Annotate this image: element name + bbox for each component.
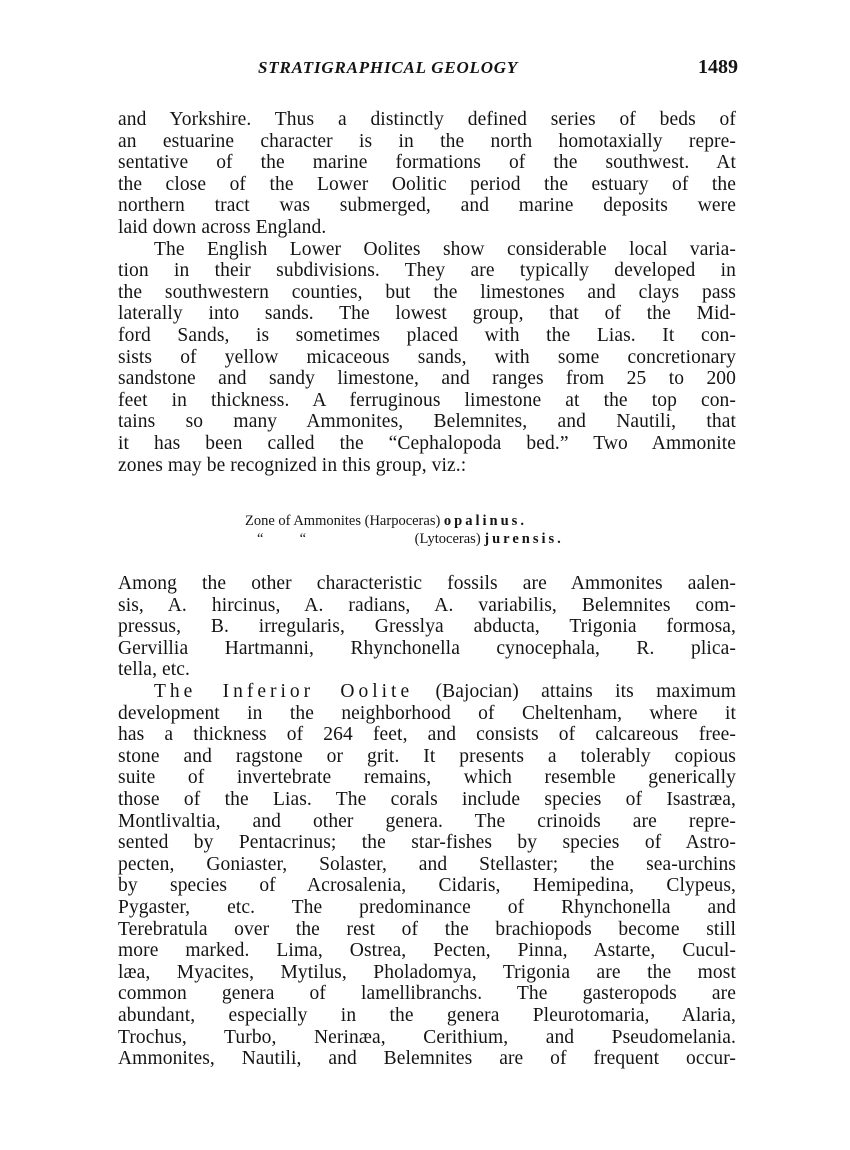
- text-line: læa, Myacites, Mytilus, Pholadomya, Trig…: [118, 962, 736, 984]
- text-line: Montlivaltia, and other genera. The crin…: [118, 811, 736, 833]
- text-line: the southwestern counties, but the limes…: [118, 282, 736, 304]
- text-line: sentative of the marine formations of th…: [118, 152, 736, 174]
- text-line: an estuarine character is in the north h…: [118, 131, 736, 153]
- text-line: has a thickness of 264 feet, and consist…: [118, 724, 736, 746]
- text-line: ford Sands, is sometimes placed with the…: [118, 325, 736, 347]
- paragraph-fossils: Among the other characteristic fossils a…: [118, 573, 736, 681]
- text-fragment: (Bajocian) attains its maximum: [436, 681, 737, 702]
- text-line: pecten, Goniaster, Solaster, and Stellas…: [118, 854, 736, 876]
- text-line: tella, etc.: [118, 659, 736, 681]
- text-line: sented by Pentacrinus; the star-fishes b…: [118, 832, 736, 854]
- ammonite-zones-list: Zone of Ammonites (Harpoceras) opalinus.…: [245, 512, 645, 548]
- running-title: STRATIGRAPHICAL GEOLOGY: [258, 58, 518, 78]
- text-line: those of the Lias. The corals include sp…: [118, 789, 736, 811]
- text-line: Trochus, Turbo, Nerinæa, Cerithium, and …: [118, 1027, 736, 1049]
- zone-row: Zone of Ammonites (Harpoceras) opalinus.: [245, 512, 645, 530]
- text-line: feet in thickness. A ferruginous limesto…: [118, 390, 736, 412]
- text-line: Ammonites, Nautili, and Belemnites are o…: [118, 1048, 736, 1070]
- text-line: common genera of lamellibranchs. The gas…: [118, 983, 736, 1005]
- text-line: it has been called the “Cephalopoda bed.…: [118, 433, 736, 455]
- page-number: 1489: [698, 56, 738, 79]
- text-line: tion in their subdivisions. They are typ…: [118, 260, 736, 282]
- text-line: Among the other characteristic fossils a…: [118, 573, 736, 595]
- text-line: tains so many Ammonites, Belemnites, and…: [118, 411, 736, 433]
- text-line: The Inferior Oolite (Bajocian) attains i…: [118, 681, 736, 703]
- text-line: Pygaster, etc. The predominance of Rhync…: [118, 897, 736, 919]
- paragraph-continuation: and Yorkshire. Thus a distinctly defined…: [118, 109, 736, 239]
- paragraph-inferior-oolite: The Inferior Oolite (Bajocian) attains i…: [118, 681, 736, 1070]
- text-line: zones may be recognized in this group, v…: [118, 455, 736, 477]
- ditto-marks: “ “: [245, 530, 411, 548]
- zone-row: “ “ (Lytoceras) jurensis.: [245, 530, 645, 548]
- zone-prefix: Zone of Ammonites: [245, 513, 361, 529]
- text-line: pressus, B. irregularis, Gresslya abduct…: [118, 616, 736, 638]
- book-page: STRATIGRAPHICAL GEOLOGY 1489 and Yorkshi…: [0, 0, 850, 1150]
- text-line: abundant, especially in the genera Pleur…: [118, 1005, 736, 1027]
- text-line: the close of the Lower Oolitic period th…: [118, 174, 736, 196]
- text-line: suite of invertebrate remains, which res…: [118, 767, 736, 789]
- text-line: laid down across England.: [118, 217, 736, 239]
- paragraph-lower-oolites: The English Lower Oolites show considera…: [118, 239, 736, 477]
- text-line: stone and ragstone or grit. It presents …: [118, 746, 736, 768]
- text-line: more marked. Lima, Ostrea, Pecten, Pinna…: [118, 940, 736, 962]
- zone-genus: (Lytoceras): [415, 531, 481, 547]
- text-line: laterally into sands. The lowest group, …: [118, 303, 736, 325]
- text-line: sandstone and sandy limestone, and range…: [118, 368, 736, 390]
- text-line: The English Lower Oolites show considera…: [118, 239, 736, 261]
- text-line: sis, A. hircinus, A. radians, A. variabi…: [118, 595, 736, 617]
- zone-species: jurensis.: [484, 531, 564, 547]
- text-line: sists of yellow micaceous sands, with so…: [118, 347, 736, 369]
- text-line: by species of Acrosalenia, Cidaris, Hemi…: [118, 875, 736, 897]
- text-line: and Yorkshire. Thus a distinctly defined…: [118, 109, 736, 131]
- text-line: development in the neighborhood of Chelt…: [118, 703, 736, 725]
- text-line: northern tract was submerged, and marine…: [118, 195, 736, 217]
- spaced-term: The Inferior Oolite: [154, 681, 413, 702]
- running-header: STRATIGRAPHICAL GEOLOGY 1489: [118, 58, 738, 84]
- zone-species: opalinus.: [444, 513, 527, 529]
- zone-genus: (Harpoceras): [365, 513, 441, 529]
- text-line: Terebratula over the rest of the brachio…: [118, 919, 736, 941]
- text-line: Gervillia Hartmanni, Rhynchonella cynoce…: [118, 638, 736, 660]
